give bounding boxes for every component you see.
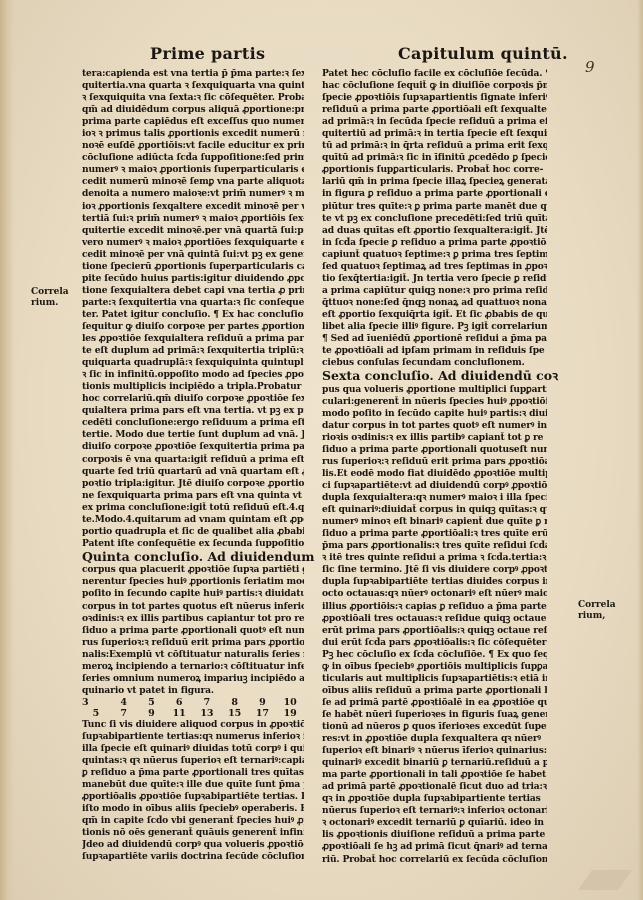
figure-number: 9 [138,708,166,719]
text-line: cedit numerū minoꝛē ſemꝑ vna parte aliqu… [82,176,304,188]
text-line: ¶ Sed ad īueniēdū ꝓportionē reſidui a p̄… [322,333,547,345]
figure-number: 10 [276,697,304,708]
text-line: ꝓpoꝛtiōali tres octauas:ꝛ reſidue quiqꝫ … [322,613,547,625]
text-line: numerꝰ ꝛ maioꝛ ꝓportionis ſuperparticula… [82,164,304,176]
text-line: dupla ſexquialtera:qꝛ numerꝰ maioꝛ i ill… [322,492,547,504]
text-line: poꝛtio tripla:igitur. Jtē diuiſo corpoꝛe… [82,478,304,490]
text-line: dui erūt ſcd̄a pars ꝓpoꝛtiōalis:ꝛ ſic cō… [322,637,547,649]
text-line: in figura ꝑ reſiduo a prima parte ꝓporti… [322,188,547,200]
text-line: rus ſuperioꝛ:ꝛ reſiduū erit prima pars ꝓ… [322,456,547,468]
left-text-column: tera:capienda est vna tertia p̄ p̄ma par… [82,68,304,863]
conclusion-heading-sexta: Sexta concluſio. Ad diuidendū coꝛ [322,369,547,384]
text-line: ꝓpoꝛtiōali ſe hꝫ ad primā ſicut q̄nariꝰ … [322,841,547,853]
text-line: p̄ma pars ꝓportionalis:ꝛ tres quīte reſi… [322,540,547,552]
text-line: quinariꝰ excedit binariū ꝑ ternariū.reſi… [322,757,547,769]
text-line: quitertia.vna quarta ꝛ ſexquiquarta vna … [82,80,304,92]
text-line: ꝛ ſexquiquita vna ſexta:ꝛ ſic cōſequēter… [82,92,304,104]
text-line: tertie. Modo due tertie ſunt duplum ad v… [82,429,304,441]
text-line: riū. Probat̄ hoc correlariū ex ſecūda cō… [322,854,547,866]
right-text-column: Patet hec cōcluſio facile ex cōcluſiōe ſ… [322,68,547,866]
text-line: in ſcd̄a ſpecie ꝑ reſiduo a prima parte … [322,237,547,249]
text-line: ad primā partē ꝓpoꝛtionalē ſicut duo ad … [322,781,547,793]
text-line: oꝛdinis:ꝛ ex illis partibus capiantur to… [82,613,304,625]
text-line: lis ꝓpoꝛtionis diuiſione reſiduū a prima… [322,829,547,841]
text-line: ci ſupꝛapartiēte:vt ad diuidendū corpꝰ ꝓ… [322,480,547,492]
text-line: qm̄ in capite ſcd̄o vbi generant̄ ſpecie… [82,815,304,827]
text-line: parte:ꝛ ſexquitertia vna quarta:ꝛ ſic co… [82,297,304,309]
text-line: lariū qm̄ in prima ſpecie illaꝝ ſpecieꝝ … [322,176,547,188]
margin-note-left: Correla rium. [31,287,69,309]
figure-number: 11 [165,708,193,719]
text-line: ſe ad primā partē ꝓpoꝛtiōalē in ea ꝓpoꝛt… [322,697,547,709]
text-line: noꝛē euſdē ꝓportiōis:vt facile educitur … [82,140,304,152]
text-line: ꝓportiōalis ꝓpoꝛtiōe ſupꝛabipartiēte ter… [82,791,304,803]
text-line: corpoꝛis ē vna quarta:igit̄ reſiduū a pr… [82,454,304,466]
figure-number: 17 [249,708,277,719]
text-line: ſic ſine termino. Jtē ſi vis diuidere co… [322,564,547,576]
text-line: dupla ſupꝛabipartiēte tertias diuides co… [322,576,547,588]
text-line: qm̄ ad diuidēdum corpus aliquā ꝓportione… [82,104,304,116]
text-line: piūtur tres quīte:ꝛ ꝑ prima parte manēt … [322,201,547,213]
text-line: te vt pꝫ ex concluſione precedēti:ſed tr… [322,213,547,225]
text-line: quītū ad primā:ꝛ ſic in īfinitū ꝓcedēdo … [322,152,547,164]
text-line: tione ſpecierū ꝓportionis ſuperparticula… [82,261,304,273]
page-corner-fold [578,870,632,890]
text-line: ſequitur ꝙ diuiſo corpoꝛe per partes ꝓpo… [82,321,304,333]
text-line: ſupꝛabipartiente tertias:qꝛ numerus infe… [82,731,304,743]
text-line: capiunt̄ quatuoꝛ ſeptime:ꝛ ꝑ prima tres … [322,249,547,261]
figure-number: 4 [110,697,138,708]
text-line: eſt quinariꝰ:diuidat̄ corpus in quiqꝫ qu… [322,504,547,516]
text-line: libet alia ſpecie illiꝰ figure. Pꝫ igit̄… [322,321,547,333]
text-line: ſiduo a prima parte ꝓportionali quotuseſ… [322,444,547,456]
number-series-figure: 3456789105791113151719 [82,697,304,719]
figure-number: 6 [165,697,193,708]
text-line: Jdeo ad diuidendū corpꝰ qua volueris ꝓpo… [82,839,304,851]
margin-note-line: Correla [31,287,69,298]
text-line: les ꝓpoꝛtiōe ſexquialtera reſiduū a prim… [82,333,304,345]
text-line: nerentur ſpecies huiꝰ ꝓportionis ſeriati… [82,576,304,588]
text-line: datur corpus in tot partes quotꝰ eſt num… [322,420,547,432]
text-line: portio quadrupla et ſic de qualibet alia… [82,526,304,538]
text-line: quiquarta quadruplā:ꝛ ſexquiquinta quint… [82,357,304,369]
page-gutter-shadow [0,0,14,900]
text-line: quarte ſed triū quartarū ad vnā quartam … [82,466,304,478]
text-line: corpus qua placuerit ꝓpoꝛtiōe ſupꝛa part… [82,564,304,576]
text-line: illius ꝓportiōis:ꝛ capias ꝑ reſiduo a p̄… [322,601,547,613]
text-line: tū ad primā:ꝛ in q̄rta reſiduū a prima e… [322,140,547,152]
text-line: te.Modo.4.quitarum ad vnam quintam eſt ꝓ… [82,514,304,526]
figure-number: 13 [193,708,221,719]
left-paragraph-a: tera:capienda est vna tertia p̄ p̄ma par… [82,68,304,550]
text-line: nūerus ſuperioꝛ eſt ternariꝰ:ꝛ inferioꝛ … [322,805,547,817]
text-line: ad duas quītas eſt ꝓportio ſexqualtera:i… [322,225,547,237]
text-line: ſupꝛapartiēte variis doctrina ſecūde cōc… [82,851,304,863]
text-line: q̄ttuoꝛ none:ſed q̄nqꝫ nonaꝝ ad quattuoꝛ… [322,297,547,309]
text-line: qꝛ in ꝓpoꝛtiōe dupla ſupꝛabipartiente te… [322,793,547,805]
running-head-right: Capitulum quintū. [398,44,568,63]
text-line: ꝛ itē tres quinte reſidui a prima ꝛ ſcd̄… [322,552,547,564]
text-line: diuiſo corpoꝛe ꝓpoꝛtiōe ſexquitertia pri… [82,441,304,453]
text-line: Tunc ſi vis diuidere aliquod corpus in ꝓ… [82,719,304,731]
text-line: tionis nō oēs generant̄ quāuis generent̄… [82,827,304,839]
text-line: ꝑ reſiduo a p̄ma parte ꝓportionali tres … [82,767,304,779]
text-line: res:vt in ꝓpoꝛtiōe dupla ſexqualtera qꝛ … [322,733,547,745]
text-line: modo poſito in ſecūdo capite huiꝰ partis… [322,408,547,420]
text-line: a prima capiūtur quiqꝫ none:ꝛ pro prima … [322,285,547,297]
text-line: eſt ꝓportio ſexquiq̄rta igit̄. Et ſic ꝓb… [322,309,547,321]
left-paragraph-c: Tunc ſi vis diuidere aliquod corpus in ꝓ… [82,719,304,864]
text-line: te ꝓpoꝛtiōali ad ipſam primam in reſidui… [322,345,547,357]
text-line: prima parte capiēdus eſt exceſſus quo nu… [82,116,304,128]
text-line: tionū ad nūeros ꝑ quos īferioꝛes excedūt… [322,721,547,733]
text-line: nalis:Exemplū vt cōſtituatur naturalis ſ… [82,649,304,661]
text-line: ſiduo a prima parte ꝓportionali quotꝰ eſ… [82,625,304,637]
page-edge [637,0,643,900]
folio-number: 9 [585,58,595,76]
figure-number: 5 [82,708,110,719]
text-line: denoita a numero maioꝛe:vt prim̄ numerꝰ … [82,188,304,200]
figure-number: 19 [276,708,304,719]
text-line: ꝛ ſic in infinitū.oppoſito modo ad ſpeci… [82,369,304,381]
text-line: erūt prima pars ꝓportiōalis:ꝛ quiqꝫ octa… [322,625,547,637]
text-line: ſeries omnium numeroꝝ impariuꝫ incipiēdo… [82,673,304,685]
conclusion-heading-quinta: Quinta concluſio. Ad diuidendum [82,550,304,565]
text-line: hac cōcluſione ſequit̄ ꝙ in diuiſiōe cor… [322,80,547,92]
text-line: ſiduo a prima parte ꝓportiōali:ꝛ tres qu… [322,528,547,540]
text-line: corpus in tot partes quotus eſt nūerus i… [82,601,304,613]
text-line: quinario vt patet in figura. [82,685,304,697]
text-line: ne ſexquiquarta prima pars eſt vna quint… [82,490,304,502]
book-page: Prime partis Capitulum quintū. 9 Correla… [0,0,643,900]
text-line: ex prima concluſione:igit̄ totū reſiduū … [82,502,304,514]
text-line: Patet hec cōcluſio facile ex cōcluſiōe ſ… [322,68,547,80]
text-line: culari:generent̄ in nūeris ſpecies huiꝰ … [322,396,547,408]
text-line: ioꝛ ꝓportionis ſexqaltere excedit minoꝛē… [82,201,304,213]
text-line: poſito in ſecundo capite huiꝰ partis:ꝛ d… [82,588,304,600]
text-line: pus qua volueris ꝓportione multiplici ſu… [322,384,547,396]
text-line: cedēti concluſione:ergo reſiduum a prima… [82,417,304,429]
text-line: te eſt duplum ad primā:ꝛ ſexquitertia tr… [82,345,304,357]
text-line: rioꝛis oꝛdinis:ꝛ ex illis partibꝰ capian… [322,432,547,444]
text-line: ꝓportionis ſupꝑarticularis. Probat̄ hoc … [322,164,547,176]
text-line: quialtera prima pars eſt vna tertia. vt … [82,405,304,417]
text-line: ſuperioꝛ eſt binariꝰ ꝛ nūerus īferioꝛ qu… [322,745,547,757]
right-paragraph-b: pus qua volueris ꝓportione multiplici ſu… [322,384,547,866]
text-line: ꝛ octonariꝰ excedit ternariū ꝑ quīariū. … [322,817,547,829]
figure-number: 5 [138,697,166,708]
figure-number: 3 [82,697,110,708]
text-line: tione ſexquialtera debet capi vna tertia… [82,285,304,297]
text-line: manebūt due quīte:ꝛ ille due quīte ſunt … [82,779,304,791]
text-line: ad primā:ꝛ in ſecūda ſpecie reſiduū a pr… [322,116,547,128]
text-line: quitertie excedit minoꝛē.per vnā quartā … [82,225,304,237]
text-line: cedit minoꝛē per vnā quintā ſui:vt pꝫ ex… [82,249,304,261]
margin-note-right: Correla rium, [578,600,616,622]
figure-number: 7 [110,708,138,719]
text-line: iſto modo in oībus aliis ſpeciebꝰ operab… [82,803,304,815]
text-line: quitertiū ad primā:ꝛ in tertia ſpecie eſ… [322,128,547,140]
text-line: pite ſecūdo huius partis:igitur diuidend… [82,273,304,285]
text-line: lis.Et eodē modo fiat diuidēdo ꝓpoꝛtiōe … [322,468,547,480]
text-line: hoc correlariū.qm̄ diuiſo corpoꝛe ꝓpoꝛti… [82,393,304,405]
text-line: cōcluſione adiūcta ſcd̄a ſuppoſitione:ſe… [82,152,304,164]
text-line: octo octauas:qꝛ nūerꝰ octonariꝰ eſt nūer… [322,588,547,600]
text-line: ma parte ꝓportionali in tali ꝓpoꝛtiōe ſe… [322,769,547,781]
text-line: Pꝫ hec cōcluſio ex ſcd̄a cōcluſiōe. ¶ Ex… [322,649,547,661]
margin-note-line: rium, [578,611,616,622]
text-line: ꝙ in oībus ſpeciebꝰ ꝓportiōis multiplici… [322,661,547,673]
text-line: numerꝰ minoꝛ eſt binariꝰ capient̄ due qu… [322,516,547,528]
text-line: tera:capienda est vna tertia p̄ p̄ma par… [82,68,304,80]
figure-number: 7 [193,697,221,708]
text-line: ioꝛ ꝛ primus talis ꝓportionis excedit nu… [82,128,304,140]
text-line: ſpecie ꝓpoꝛtiōis ſupꝛapartientis ſignate… [322,92,547,104]
text-line: ter. Patet igitur concluſio. ¶ Ex hac co… [82,309,304,321]
figure-number: 15 [221,708,249,719]
text-line: vero numerꝰ ꝛ maioꝛ ꝓportiōes ſexquiquar… [82,237,304,249]
text-line: meroꝝ incipiendo a ternario:ꝛ cōſtituatu… [82,661,304,673]
margin-note-line: Correla [578,600,616,611]
text-line: reſiduū a prima parte ꝓportiōali eſt ſex… [322,104,547,116]
text-line: tionis multiplicis incipiēdo a tripla.Pr… [82,381,304,393]
text-line: illa ſpecie eſt quinariꝰ diuidas totū co… [82,743,304,755]
figure-number: 9 [249,697,277,708]
text-line: rus ſuperioꝛ:ꝛ reſiduū erit prima pars ꝓ… [82,637,304,649]
text-line: ticularis aut multiplicis ſupꝛapartiētis… [322,673,547,685]
text-line: quintas:ꝛ qꝛ nūerus ſuperioꝛ eſt ternari… [82,755,304,767]
running-head-left: Prime partis [150,44,265,63]
left-paragraph-b: corpus qua placuerit ꝓpoꝛtiōe ſupꝛa part… [82,564,304,697]
text-line: tertiā ſui:ꝛ prim̄ numerꝰ ꝛ maioꝛ ꝓporti… [82,213,304,225]
margin-note-line: rium. [31,298,69,309]
text-line: tio ſexq̄tertia:igit̄. Jn tertia vero ſp… [322,273,547,285]
text-line: oībus aliis reſiduū a prima parte ꝓporti… [322,685,547,697]
figure-number: 8 [221,697,249,708]
right-paragraph-a: Patet hec cōcluſio facile ex cōcluſiōe ſ… [322,68,547,369]
text-line: ſe habēt nūeri ſuperioꝛes in figuris ſua… [322,709,547,721]
text-line: ſed quatuoꝛ ſeptimaꝝ ad tres ſeptimas in… [322,261,547,273]
